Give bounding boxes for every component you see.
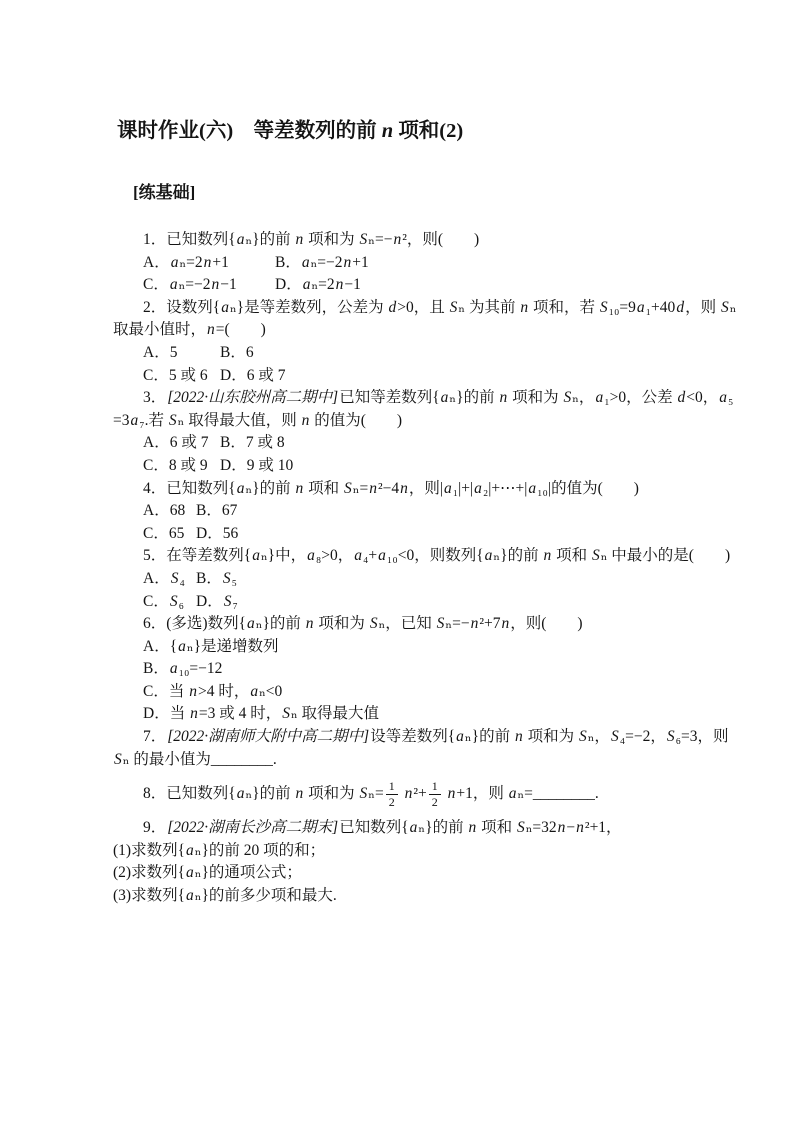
question-2-option-d: D．6 或 7 <box>220 367 285 384</box>
question-3-option-d: D．9 或 10 <box>220 457 293 474</box>
question-1-option-d: D．aₙ=2n−1 <box>275 276 361 293</box>
section-label: [练基础] <box>133 182 693 203</box>
question-1-options-row-2: C．aₙ=−2n−1D．aₙ=2n−1 <box>113 274 693 297</box>
question-3-options-row-1: A．6 或 7B．7 或 8 <box>113 432 693 455</box>
question-6-option-b: B．a₁₀=−12 <box>113 658 693 681</box>
question-8-stem: 8．已知数列{aₙ}的前 n 项和为 Sₙ=12 n²+12 n+1，则 aₙ=… <box>113 771 693 817</box>
question-2-options-row-1: A．5B．6 <box>113 342 693 365</box>
question-4-stem: 4．已知数列{aₙ}的前 n 项和 Sₙ=n²−4n，则|a₁|+|a₂|+⋯+… <box>113 478 693 501</box>
question-1-option-c: C．aₙ=−2n−1 <box>143 274 275 297</box>
question-4-option-c: C．65 <box>143 523 196 546</box>
worksheet-content: 课时作业(六) 等差数列的前 n 项和(2) [练基础] 1．已知数列{aₙ}的… <box>113 118 693 908</box>
question-1-option-a: A．aₙ=2n+1 <box>143 252 275 275</box>
fraction-denominator: 2 <box>432 795 438 809</box>
worksheet-page: 课时作业(六) 等差数列的前 n 项和(2) [练基础] 1．已知数列{aₙ}的… <box>0 0 793 1122</box>
question-3: 3．[2022·山东胶州高二期中]已知等差数列{aₙ}的前 n 项和为 Sₙ，a… <box>113 387 693 477</box>
question-7: 7．[2022·湖南师大附中高二期中]设等差数列{aₙ}的前 n 项和为 Sₙ，… <box>113 726 693 771</box>
question-1-stem: 1．已知数列{aₙ}的前 n 项和为 Sₙ=−n²，则( ) <box>113 229 693 252</box>
question-2-stem-line-2: 取最小值时，n=( ) <box>113 319 693 342</box>
question-1-options-row-1: A．aₙ=2n+1B．aₙ=−2n+1 <box>113 252 693 275</box>
question-6-option-d: D．当 n=3 或 4 时，Sₙ 取得最大值 <box>113 703 693 726</box>
question-4: 4．已知数列{aₙ}的前 n 项和 Sₙ=n²−4n，则|a₁|+|a₂|+⋯+… <box>113 478 693 546</box>
question-2-options-row-2: C．5 或 6D．6 或 7 <box>113 365 693 388</box>
question-6: 6．(多选)数列{aₙ}的前 n 项和为 Sₙ，已知 Sₙ=−n²+7n，则( … <box>113 613 693 726</box>
question-9-stem: 9．[2022·湖南长沙高二期末]已知数列{aₙ}的前 n 项和 Sₙ=32n−… <box>113 817 693 840</box>
question-7-stem-line-2: Sₙ 的最小值为________. <box>113 749 693 772</box>
question-6-option-a: A．{aₙ}是递增数列 <box>113 636 693 659</box>
page-title: 课时作业(六) 等差数列的前 n 项和(2) <box>117 118 693 144</box>
question-9-subquestion-1: (1)求数列{aₙ}的前 20 项的和； <box>113 840 693 863</box>
question-list: 1．已知数列{aₙ}的前 n 项和为 Sₙ=−n²，则( ) A．aₙ=2n+1… <box>113 229 693 908</box>
question-8-part-1: 8．已知数列{aₙ}的前 n 项和为 Sₙ= <box>143 785 384 802</box>
question-9: 9．[2022·湖南长沙高二期末]已知数列{aₙ}的前 n 项和 Sₙ=32n−… <box>113 817 693 907</box>
question-8: 8．已知数列{aₙ}的前 n 项和为 Sₙ=12 n²+12 n+1，则 aₙ=… <box>113 771 693 817</box>
question-4-option-a: A．68 <box>143 500 196 523</box>
question-3-options-row-2: C．8 或 9D．9 或 10 <box>113 455 693 478</box>
question-3-option-b: B．7 或 8 <box>220 434 285 451</box>
question-3-stem-line-1: 3．[2022·山东胶州高二期中]已知等差数列{aₙ}的前 n 项和为 Sₙ，a… <box>113 387 693 410</box>
question-8-part-2: n²+ <box>400 785 427 802</box>
question-5-options-row-2: C．S₆D．S₇ <box>113 591 693 614</box>
question-1-option-b: B．aₙ=−2n+1 <box>275 254 369 271</box>
fraction-denominator: 2 <box>389 795 395 809</box>
fraction-numerator: 1 <box>386 780 398 795</box>
question-5-options-row-1: A．S₄B．S₅ <box>113 568 693 591</box>
question-3-option-c: C．8 或 9 <box>143 455 220 478</box>
question-2-stem-line-1: 2．设数列{aₙ}是等差数列，公差为 d>0，且 Sₙ 为其前 n 项和，若 S… <box>113 297 693 320</box>
question-5-stem: 5．在等差数列{aₙ}中，a₈>0，a₄+a₁₀<0，则数列{aₙ}的前 n 项… <box>113 545 693 568</box>
question-3-stem-line-2: =3a₇.若 Sₙ 取得最大值，则 n 的值为( ) <box>113 410 693 433</box>
question-5-option-b: B．S₅ <box>196 570 237 587</box>
question-4-options-row-2: C．65D．56 <box>113 523 693 546</box>
question-3-option-a: A．6 或 7 <box>143 432 220 455</box>
question-4-option-b: B．67 <box>196 502 237 519</box>
question-9-subquestion-3: (3)求数列{aₙ}的前多少项和最大. <box>113 885 693 908</box>
question-2-option-a: A．5 <box>143 342 220 365</box>
fraction-one-half-2: 12 <box>429 780 441 809</box>
question-4-options-row-1: A．68B．67 <box>113 500 693 523</box>
question-9-subquestion-2: (2)求数列{aₙ}的通项公式； <box>113 862 693 885</box>
question-8-part-3: n+1，则 aₙ=________. <box>443 785 599 802</box>
question-5-option-c: C．S₆ <box>143 591 196 614</box>
question-5: 5．在等差数列{aₙ}中，a₈>0，a₄+a₁₀<0，则数列{aₙ}的前 n 项… <box>113 545 693 613</box>
question-1: 1．已知数列{aₙ}的前 n 项和为 Sₙ=−n²，则( ) A．aₙ=2n+1… <box>113 229 693 297</box>
question-2: 2．设数列{aₙ}是等差数列，公差为 d>0，且 Sₙ 为其前 n 项和，若 S… <box>113 297 693 387</box>
question-6-option-c: C．当 n>4 时，aₙ<0 <box>113 681 693 704</box>
question-2-option-c: C．5 或 6 <box>143 365 220 388</box>
question-7-stem-line-1: 7．[2022·湖南师大附中高二期中]设等差数列{aₙ}的前 n 项和为 Sₙ，… <box>113 726 693 749</box>
fraction-one-half-1: 12 <box>386 780 398 809</box>
question-5-option-a: A．S₄ <box>143 568 196 591</box>
fraction-numerator: 1 <box>429 780 441 795</box>
question-2-option-b: B．6 <box>220 344 254 361</box>
question-5-option-d: D．S₇ <box>196 593 238 610</box>
question-6-stem: 6．(多选)数列{aₙ}的前 n 项和为 Sₙ，已知 Sₙ=−n²+7n，则( … <box>113 613 693 636</box>
question-4-option-d: D．56 <box>196 525 238 542</box>
